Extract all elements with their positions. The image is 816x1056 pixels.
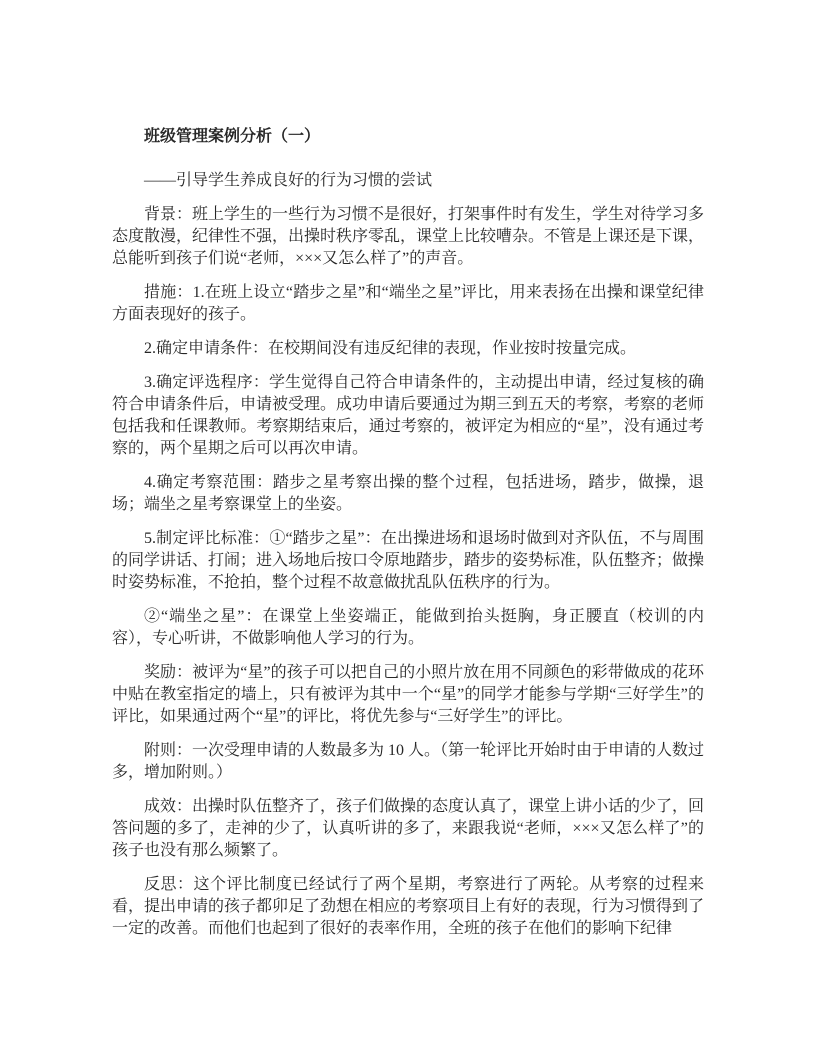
- paragraph-reflection: 反思：这个评比制度已经试行了两个星期，考察进行了两轮。从考察的过程来看，提出申请…: [112, 874, 704, 940]
- paragraph-measures: 措施：1.在班上设立“踏步之星”和“端坐之星”评比，用来表扬在出操和课堂纪律方面…: [112, 282, 704, 326]
- document-page: 班级管理案例分析（一） ——引导学生养成良好的行为习惯的尝试 背景：班上学生的一…: [0, 0, 816, 1056]
- paragraph-results: 成效：出操时队伍整齐了，孩子们做操的态度认真了，课堂上讲小话的少了，回答问题的多…: [112, 796, 704, 862]
- paragraph-inspection-scope: 4.确定考察范围：踏步之星考察出操的整个过程，包括进场，踏步，做操，退场；端坐之…: [112, 472, 704, 516]
- paragraph-background: 背景：班上学生的一些行为习惯不是很好，打架事件时有发生，学生对待学习多态度散漫，…: [112, 204, 704, 270]
- paragraph-criteria-sitting-star: ②“端坐之星”：在课堂上坐姿端正，能做到抬头挺胸，身正腰直（校训的内容），专心听…: [112, 606, 704, 650]
- paragraph-criteria-marching-star: 5.制定评比标准：①“踏步之星”：在出操进场和退场时做到对齐队伍，不与周围的同学…: [112, 528, 704, 594]
- paragraph-application-conditions: 2.确定申请条件：在校期间没有违反纪律的表现，作业按时按量完成。: [112, 338, 704, 360]
- document-title: 班级管理案例分析（一）: [112, 126, 704, 148]
- paragraph-selection-procedure: 3.确定评选程序：学生觉得自己符合申请条件的，主动提出申请，经过复核的确符合申请…: [112, 372, 704, 460]
- document-content: 班级管理案例分析（一） ——引导学生养成良好的行为习惯的尝试 背景：班上学生的一…: [112, 126, 704, 952]
- paragraph-supplementary-rule: 附则：一次受理申请的人数最多为 10 人。（第一轮评比开始时由于申请的人数过多，…: [112, 740, 704, 784]
- document-subtitle: ——引导学生养成良好的行为习惯的尝试: [112, 170, 704, 192]
- paragraph-reward: 奖励：被评为“星”的孩子可以把自己的小照片放在用不同颜色的彩带做成的花环中贴在教…: [112, 662, 704, 728]
